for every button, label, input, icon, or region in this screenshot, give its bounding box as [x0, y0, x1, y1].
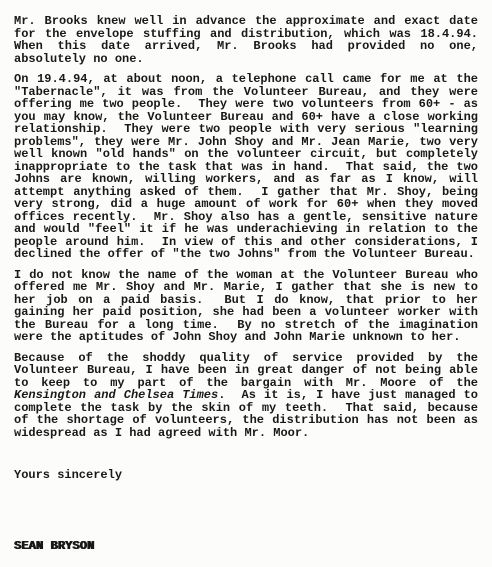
letter-page: Mr. Brooks knew well in advance the appr… — [0, 0, 492, 552]
paragraph-shoddy-service-text: Because of the shoddy quality of service… — [14, 351, 485, 390]
signature-name: SEAN BRYSON — [14, 540, 478, 553]
paragraph-brooks-deadline: Mr. Brooks knew well in advance the appr… — [14, 15, 478, 65]
closing-salutation: Yours sincerely — [14, 469, 478, 482]
paragraph-volunteer-bureau-call: On 19.4.94, at about noon, a telephone c… — [14, 73, 478, 261]
paragraph-bureau-woman: I do not know the name of the woman at t… — [14, 269, 478, 344]
paragraph-shoddy-service: Because of the shoddy quality of service… — [14, 352, 478, 440]
